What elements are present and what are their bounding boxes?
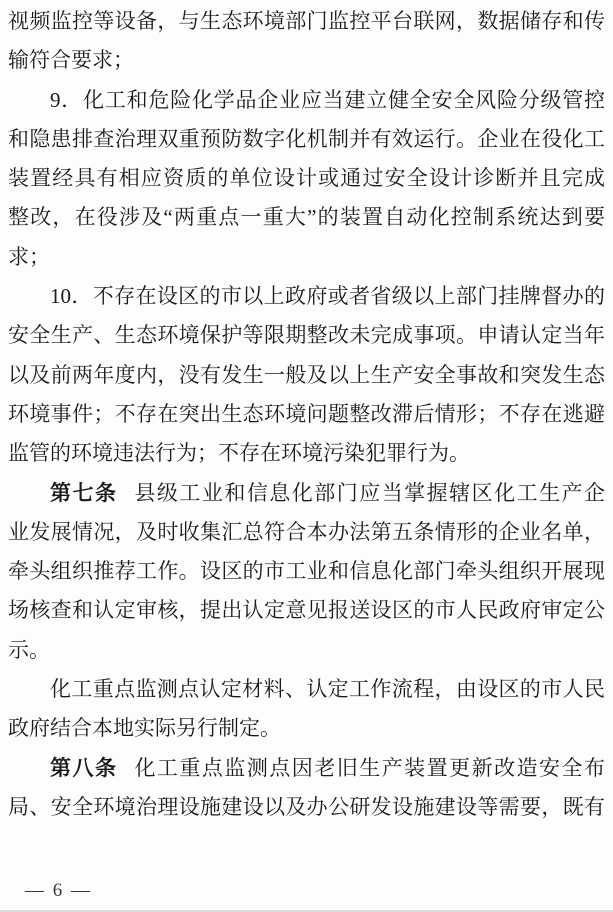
text-line: 9．化工和危险化学品企业应当建立健全安全风险分级管控 xyxy=(8,81,605,120)
text-line: 业发展情况，及时收集汇总符合本办法第五条情形的企业名单， xyxy=(8,513,605,552)
document-body: 视频监控等设备，与生态环境部门监控平台联网，数据储存和传输符合要求；9．化工和危… xyxy=(8,2,605,827)
text-line: 监管的环境违法行为；不存在环境污染犯罪行为。 xyxy=(8,434,605,473)
text-line: 和隐患排查治理双重预防数字化机制并有效运行。企业在役化工 xyxy=(8,120,605,159)
text-line: 第七条县级工业和信息化部门应当掌握辖区化工生产企 xyxy=(8,474,605,513)
text-line: 化工重点监测点认定材料、认定工作流程，由设区的市人民 xyxy=(8,670,605,709)
paragraph: 化工重点监测点认定材料、认定工作流程，由设区的市人民政府结合本地实际另行制定。 xyxy=(8,670,605,749)
text-line: 安全生产、生态环境保护等限期整改未完成事项。申请认定当年 xyxy=(8,316,605,355)
text-line: 场核查和认定审核，提出认定意见报送设区的市人民政府审定公 xyxy=(8,591,605,630)
text-line: 10．不存在设区的市以上政府或者省级以上部门挂牌督办的 xyxy=(8,277,605,316)
line-text: 化工重点监测点因老旧生产装置更新改造安全布 xyxy=(134,756,605,780)
text-line: 输符合要求； xyxy=(8,41,605,80)
text-line: 示。 xyxy=(8,631,605,670)
text-line: 视频监控等设备，与生态环境部门监控平台联网，数据储存和传 xyxy=(8,2,605,41)
paragraph: 9．化工和危险化学品企业应当建立健全安全风险分级管控和隐患排查治理双重预防数字化… xyxy=(8,81,605,277)
text-line: 装置经具有相应资质的单位设计或通过安全设计诊断并且完成 xyxy=(8,159,605,198)
article-number-lead: 第七条 xyxy=(50,482,117,505)
page-number-footer: — 6 — xyxy=(25,880,92,902)
line-text: 县级工业和信息化部门应当掌握辖区化工生产企 xyxy=(134,481,605,505)
article-number-lead: 第八条 xyxy=(50,757,117,780)
paragraph: 第七条县级工业和信息化部门应当掌握辖区化工生产企业发展情况，及时收集汇总符合本办… xyxy=(8,474,605,670)
text-line: 政府结合本地实际另行制定。 xyxy=(8,709,605,748)
text-line: 求； xyxy=(8,238,605,277)
text-line: 以及前两年度内，没有发生一般及以上生产安全事故和突发生态 xyxy=(8,356,605,395)
text-line: 整改，在役涉及“两重点一重大”的装置自动化控制系统达到要 xyxy=(8,198,605,237)
text-line: 环境事件；不存在突出生态环境问题整改滞后情形；不存在逃避 xyxy=(8,395,605,434)
paragraph: 10．不存在设区的市以上政府或者省级以上部门挂牌督办的安全生产、生态环境保护等限… xyxy=(8,277,605,473)
text-line: 局、安全环境治理设施建设以及办公研发设施建设等需要，既有 xyxy=(8,788,605,827)
text-line: 第八条化工重点监测点因老旧生产装置更新改造安全布 xyxy=(8,749,605,788)
paragraph: 第八条化工重点监测点因老旧生产装置更新改造安全布局、安全环境治理设施建设以及办公… xyxy=(8,749,605,828)
paragraph: 视频监控等设备，与生态环境部门监控平台联网，数据储存和传输符合要求； xyxy=(8,2,605,81)
text-line: 牵头组织推荐工作。设区的市工业和信息化部门牵头组织开展现 xyxy=(8,552,605,591)
document-page: 视频监控等设备，与生态环境部门监控平台联网，数据储存和传输符合要求；9．化工和危… xyxy=(0,0,613,912)
